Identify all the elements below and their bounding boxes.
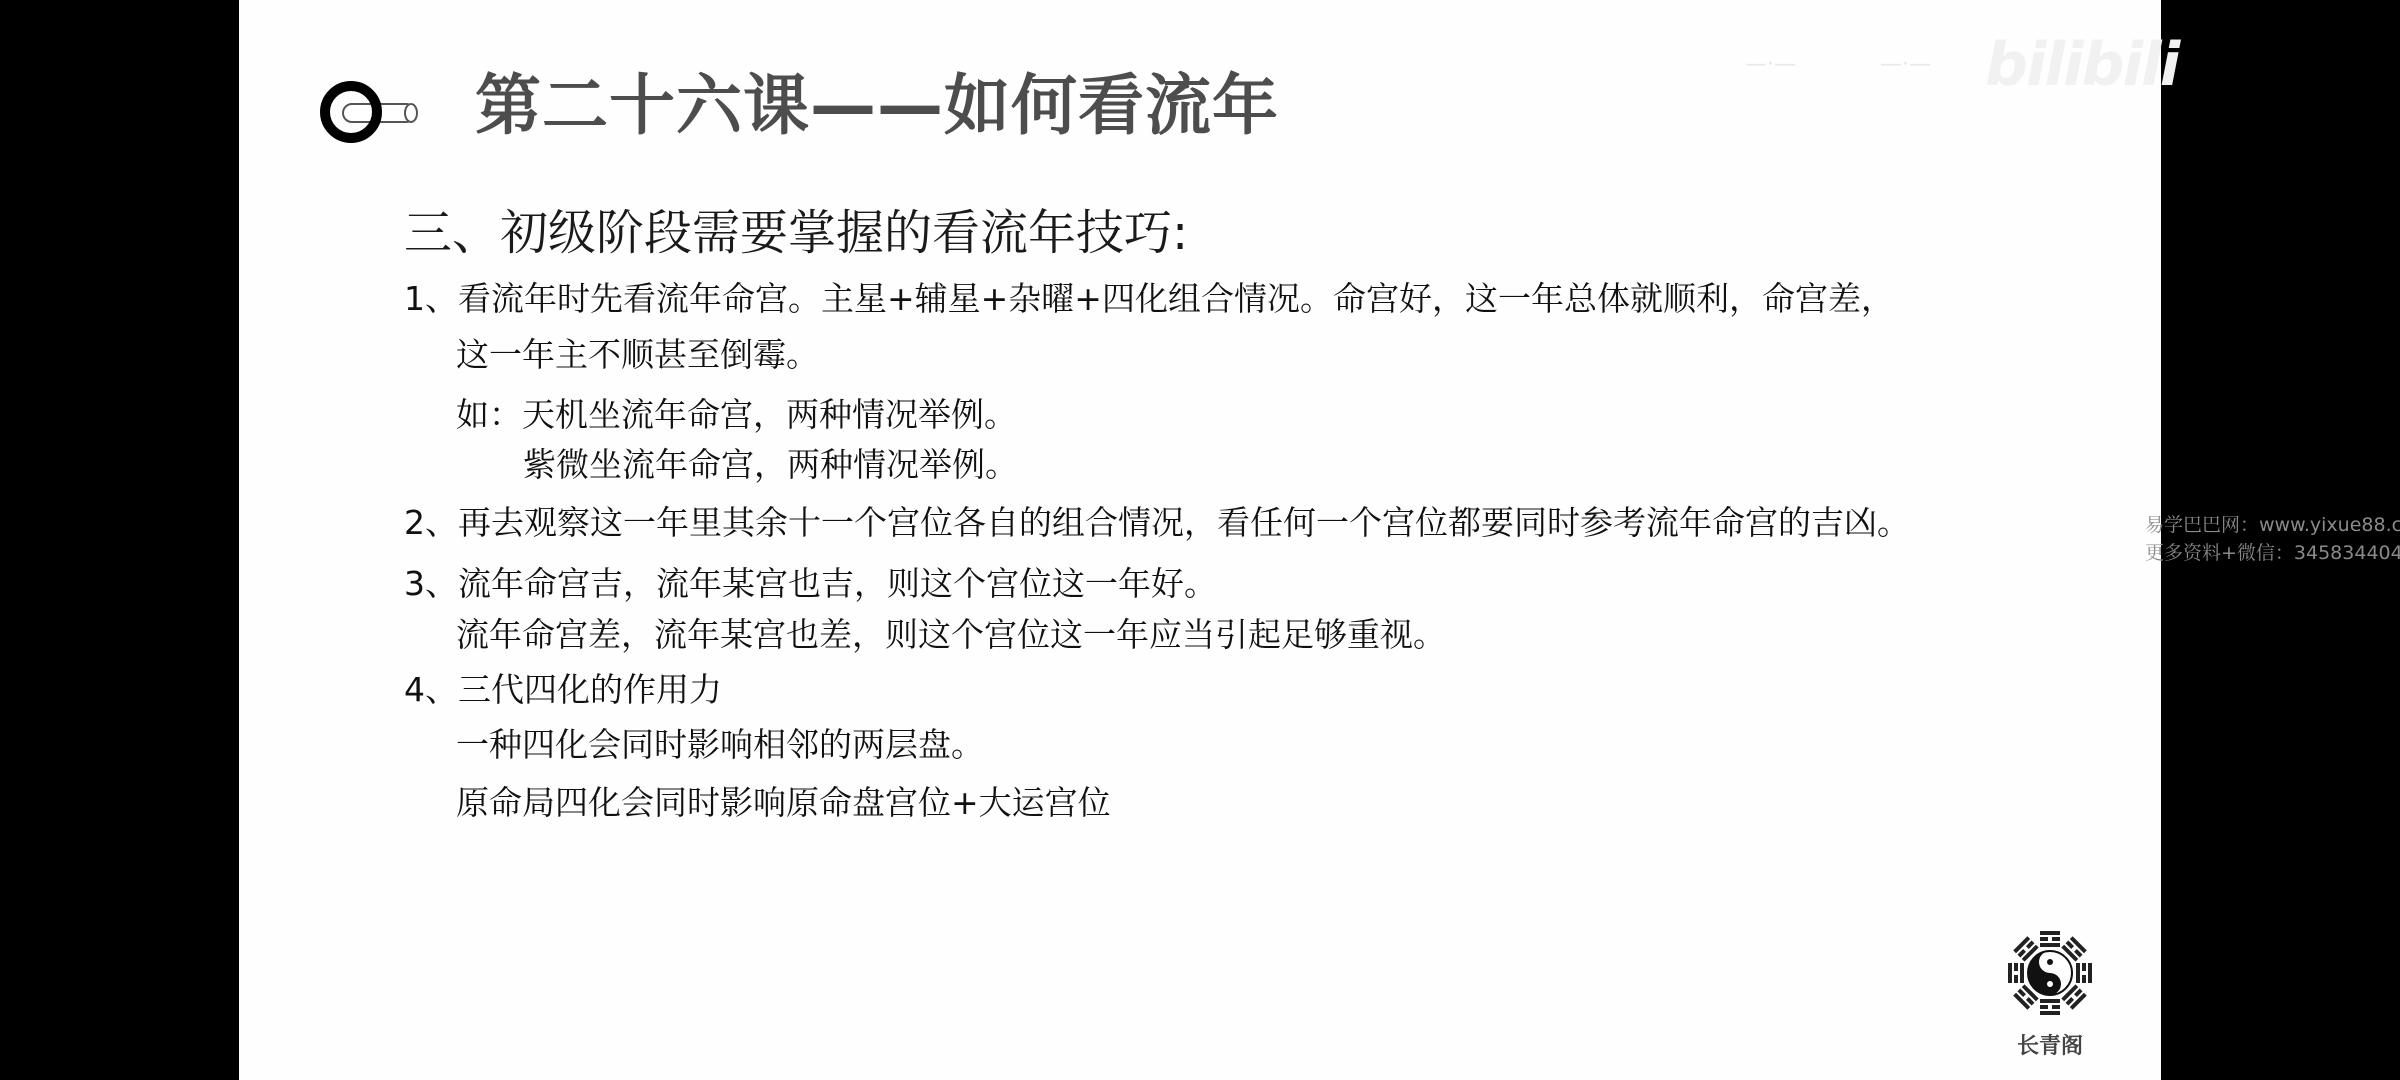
point-3-line-1: 3、流年命宫吉，流年某宫也吉，则这个宫位这一年好。 — [404, 561, 1217, 607]
example-2: 紫微坐流年命宫，两种情况举例。 — [523, 442, 1018, 488]
point-4: 4、三代四化的作用力 — [404, 667, 722, 713]
faint-overlay-text: —·— — [1880, 52, 1931, 77]
slide-title: 第二十六课——如何看流年 — [475, 66, 1279, 146]
watermark-website: 易学巴巴网：www.yixue88.cn — [2145, 512, 2400, 538]
point-1-line-2: 这一年主不顺甚至倒霉。 — [456, 332, 819, 378]
example-1: 如：天机坐流年命宫，两种情况举例。 — [456, 392, 1017, 438]
point-4-line-3: 原命局四化会同时影响原命盘宫位+大运宫位 — [456, 780, 1111, 826]
changqingge-logo: 长青阁 — [2000, 925, 2100, 1060]
watermark-contact: 更多资料+微信：3458344044 — [2145, 540, 2400, 566]
logo-label: 长青阁 — [2000, 1029, 2100, 1060]
section-heading: 三、初级阶段需要掌握的看流年技巧: — [404, 203, 1188, 263]
yin-yang-bagua-icon — [2002, 925, 2098, 1021]
faint-overlay-text: —·— — [1745, 52, 1796, 77]
point-2: 2、再去观察这一年里其余十一个宫位各自的组合情况，看任何一个宫位都要同时参考流年… — [404, 500, 1910, 546]
point-1-line-1: 1、看流年时先看流年命宫。主星+辅星+杂曜+四化组合情况。命宫好，这一年总体就顺… — [404, 276, 1894, 322]
point-4-line-2: 一种四化会同时影响相邻的两层盘。 — [456, 722, 984, 768]
bilibili-logo: bilibili — [1985, 30, 2178, 100]
ring-pipe-icon — [319, 80, 383, 144]
point-3-line-2: 流年命宫差，流年某宫也差，则这个宫位这一年应当引起足够重视。 — [456, 612, 1446, 658]
